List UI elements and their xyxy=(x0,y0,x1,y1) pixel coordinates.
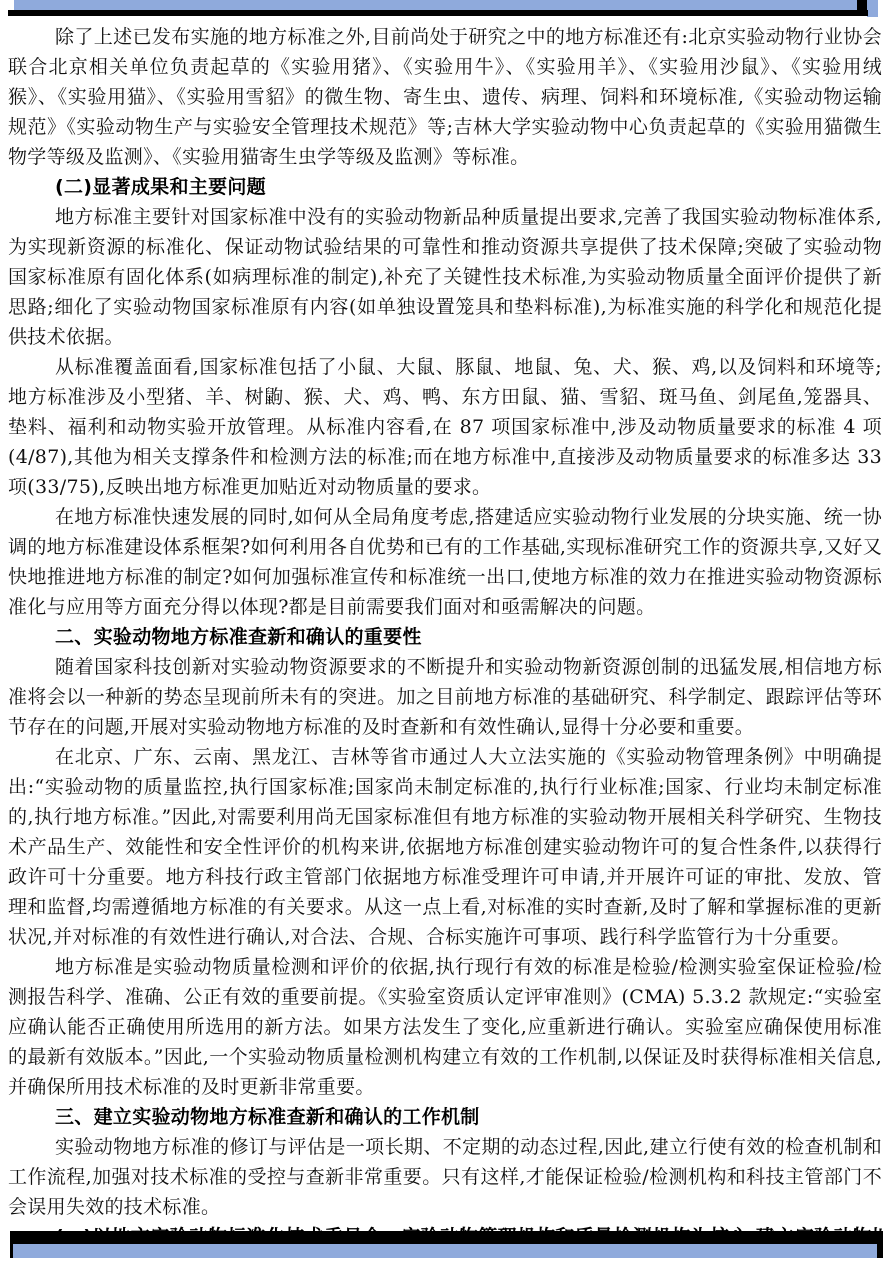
paragraph: 从标准覆盖面看,国家标准包括了小鼠、大鼠、豚鼠、地鼠、兔、犬、猴、鸡,以及饲料和… xyxy=(8,352,882,502)
section-heading: 三、建立实验动物地方标准查新和确认的工作机制 xyxy=(8,1102,882,1132)
paragraph: 地方标准主要针对国家标准中没有的实验动物新品种质量提出要求,完善了我国实验动物标… xyxy=(8,202,882,352)
document-body: 除了上述已发布实施的地方标准之外,目前尚处于研究之中的地方标准还有:北京实验动物… xyxy=(8,22,882,1252)
bottom-right-frame-edge xyxy=(877,1244,883,1258)
paragraph: 实验动物地方标准的修订与评估是一项长期、不定期的动态过程,因此,建立行使有效的检… xyxy=(8,1132,882,1222)
paragraph: 随着国家科技创新对实验动物资源要求的不断提升和实验动物新资源创制的迅猛发展,相信… xyxy=(8,652,882,742)
section-heading: (二)显著成果和主要问题 xyxy=(8,172,882,202)
top-accent-bar xyxy=(14,0,857,10)
top-frame-bar xyxy=(8,10,868,16)
top-right-accent-tab xyxy=(867,0,878,17)
document-page: 除了上述已发布实施的地方标准之外,目前尚处于研究之中的地方标准还有:北京实验动物… xyxy=(0,0,890,1271)
paragraph: 在地方标准快速发展的同时,如何从全局角度考虑,搭建适应实验动物行业发展的分块实施… xyxy=(8,502,882,622)
paragraph: 除了上述已发布实施的地方标准之外,目前尚处于研究之中的地方标准还有:北京实验动物… xyxy=(8,22,882,172)
bottom-frame-bar xyxy=(10,1231,883,1244)
top-frame-notch xyxy=(857,0,867,10)
paragraph: 在北京、广东、云南、黑龙江、吉林等省市通过人大立法实施的《实验动物管理条例》中明… xyxy=(8,742,882,952)
bottom-left-frame-edge xyxy=(10,1244,13,1258)
section-heading: 二、实验动物地方标准查新和确认的重要性 xyxy=(8,622,882,652)
bottom-accent-bar xyxy=(13,1244,877,1258)
paragraph: 地方标准是实验动物质量检测和评价的依据,执行现行有效的标准是检验/检测实验室保证… xyxy=(8,952,882,1102)
